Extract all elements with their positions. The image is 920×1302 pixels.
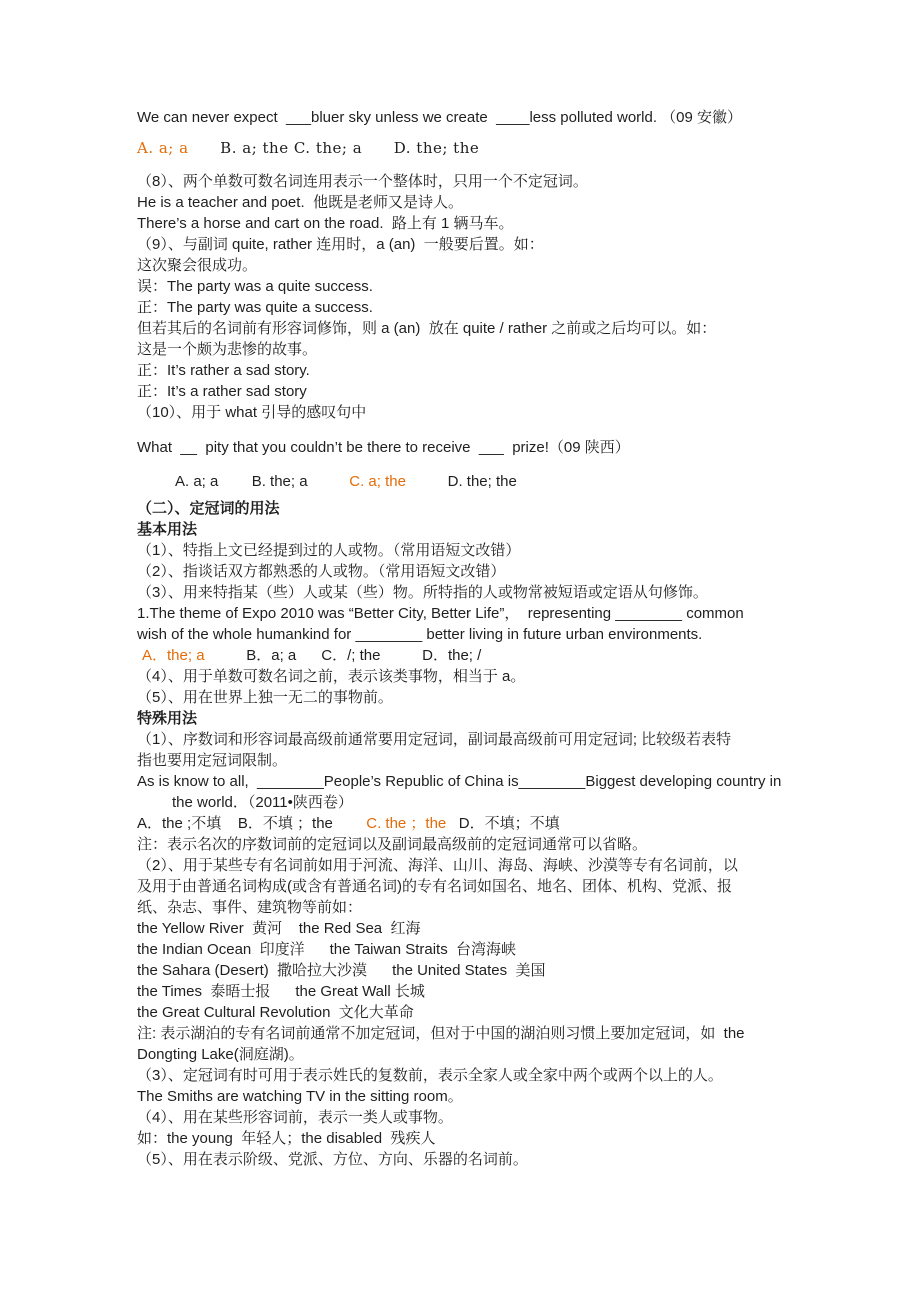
text-line: 这是一个颇为悲惨的故事。 bbox=[137, 339, 790, 360]
text-run: the Times 泰晤士报 the Great Wall 长城 bbox=[137, 983, 425, 1000]
text-run: We can never expect ___bluer sky unless … bbox=[137, 109, 742, 126]
text-run: D. the; the bbox=[406, 473, 517, 490]
text-line: 纸、杂志、事件、建筑物等前如： bbox=[137, 897, 790, 918]
text-line: A. a; a B. a; the C. the; a D. the; the bbox=[137, 138, 790, 159]
text-line: A．the ;不填 B．不填 ；the C. the ；the D．不填；不填 bbox=[137, 813, 790, 834]
text-line: Dongting Lake(洞庭湖)。 bbox=[137, 1044, 790, 1065]
text-line: （1）、特指上文已经提到过的人或物。（常用语短文改错） bbox=[137, 540, 790, 561]
text-line: We can never expect ___bluer sky unless … bbox=[137, 107, 790, 128]
text-line: 及用于由普通名词构成(或含有普通名词)的专有名词如国名、地名、团体、机构、党派、… bbox=[137, 876, 790, 897]
text-run: 正：It’s rather a sad story. bbox=[137, 362, 310, 379]
text-line: （5）、用在世界上独一无二的事物前。 bbox=[137, 687, 790, 708]
text-run: 1.The theme of Expo 2010 was “Better Cit… bbox=[137, 605, 744, 622]
text-line: 注：表示名次的序数词前的定冠词以及副词最高级前的定冠词通常可以省略。 bbox=[137, 834, 790, 855]
text-run: （二）、定冠词的用法 bbox=[137, 500, 280, 517]
text-run: A. a; a B. the; a bbox=[175, 473, 349, 490]
text-run: 但若其后的名词前有形容词修饰，则 a (an) 放在 quite / rathe… bbox=[137, 320, 716, 337]
text-line: the Times 泰晤士报 the Great Wall 长城 bbox=[137, 981, 790, 1002]
text-line: 指也要用定冠词限制。 bbox=[137, 750, 790, 771]
text-line: （4）、用于单数可数名词之前，表示该类事物，相当于 a。 bbox=[137, 666, 790, 687]
text-line: He is a teacher and poet. 他既是老师又是诗人。 bbox=[137, 192, 790, 213]
text-run: A．the ;不填 B．不填 ；the bbox=[137, 815, 366, 832]
text-run: 及用于由普通名词构成(或含有普通名词)的专有名词如国名、地名、团体、机构、党派、… bbox=[137, 878, 732, 895]
text-line: wish of the whole humankind for ________… bbox=[137, 624, 790, 645]
text-line: 正：It’s rather a sad story. bbox=[137, 360, 790, 381]
text-line: the Sahara (Desert) 撒哈拉大沙漠 the United St… bbox=[137, 960, 790, 981]
text-line: the Great Cultural Revolution 文化大革命 bbox=[137, 1002, 790, 1023]
text-line: the Yellow River 黄河 the Red Sea 红海 bbox=[137, 918, 790, 939]
text-run: （9）、与副词 quite, rather 连用时，a (an) 一般要后置。如… bbox=[137, 236, 544, 253]
text-run: the Indian Ocean 印度洋 the Taiwan Straits … bbox=[137, 941, 516, 958]
text-run: （5）、用在表示阶级、党派、方位、方向、乐器的名词前。 bbox=[137, 1151, 528, 1168]
text-run: 如：the young 年轻人；the disabled 残疾人 bbox=[137, 1130, 435, 1147]
text-run: 注: 表示湖泊的专有名词前通常不加定冠词，但对于中国的湖泊则习惯上要加定冠词，如… bbox=[137, 1025, 745, 1042]
text-run: （4）、用于单数可数名词之前，表示该类事物，相当于 a。 bbox=[137, 668, 525, 685]
answer-highlight: C. the ；the bbox=[366, 815, 446, 832]
text-run: the Great Cultural Revolution 文化大革命 bbox=[137, 1004, 414, 1021]
text-line: （9）、与副词 quite, rather 连用时，a (an) 一般要后置。如… bbox=[137, 234, 790, 255]
text-run: He is a teacher and poet. 他既是老师又是诗人。 bbox=[137, 194, 463, 211]
text-line: A．the; a B．a; a C．/; the D．the; / bbox=[142, 645, 790, 666]
text-line: （1）、序数词和形容词最高级前通常要用定冠词，副词最高级前可用定冠词; 比较级若… bbox=[137, 729, 790, 750]
text-line: The Smiths are watching TV in the sittin… bbox=[137, 1086, 790, 1107]
text-run: 指也要用定冠词限制。 bbox=[137, 752, 287, 769]
text-line: （5）、用在表示阶级、党派、方位、方向、乐器的名词前。 bbox=[137, 1149, 790, 1170]
text-run: （5）、用在世界上独一无二的事物前。 bbox=[137, 689, 393, 706]
text-line: 正：The party was quite a success. bbox=[137, 297, 790, 318]
text-line: （二）、定冠词的用法 bbox=[137, 498, 790, 519]
text-line: （2）、指谈话双方都熟悉的人或物。（常用语短文改错） bbox=[137, 561, 790, 582]
text-run: （1）、特指上文已经提到过的人或物。（常用语短文改错） bbox=[137, 542, 520, 559]
text-run: the world．（2011•陕西卷） bbox=[172, 794, 353, 811]
text-line: （10）、用于 what 引导的感叹句中 bbox=[137, 402, 790, 423]
text-line: 这次聚会很成功。 bbox=[137, 255, 790, 276]
text-run: 这是一个颇为悲惨的故事。 bbox=[137, 341, 317, 358]
text-line: As is know to all, ________People’s Repu… bbox=[137, 771, 790, 792]
answer-highlight: A. a; a bbox=[137, 139, 189, 157]
text-line: （3）、定冠词有时可用于表示姓氏的复数前，表示全家人或全家中两个或两个以上的人。 bbox=[137, 1065, 790, 1086]
text-line: the Indian Ocean 印度洋 the Taiwan Straits … bbox=[137, 939, 790, 960]
text-run: 正：The party was quite a success. bbox=[137, 299, 373, 316]
text-line: There’s a horse and cart on the road. 路上… bbox=[137, 213, 790, 234]
text-line: （8）、两个单数可数名词连用表示一个整体时，只用一个不定冠词。 bbox=[137, 171, 790, 192]
answer-highlight: C. a; the bbox=[349, 473, 406, 490]
text-line: A. a; a B. the; a C. a; the D. the; the bbox=[175, 471, 790, 492]
text-run: （8）、两个单数可数名词连用表示一个整体时，只用一个不定冠词。 bbox=[137, 173, 588, 190]
text-run: 正：It’s a rather sad story bbox=[137, 383, 307, 400]
text-line: 注: 表示湖泊的专有名词前通常不加定冠词，但对于中国的湖泊则习惯上要加定冠词，如… bbox=[137, 1023, 790, 1044]
text-run: What __ pity that you couldn’t be there … bbox=[137, 439, 630, 456]
text-run: Dongting Lake(洞庭湖)。 bbox=[137, 1046, 304, 1063]
answer-highlight: A．the; a bbox=[142, 647, 205, 664]
text-line: （3）、用来特指某（些）人或某（些）物。所特指的人或物常被短语或定语从句修饰。 bbox=[137, 582, 790, 603]
text-line: 如：the young 年轻人；the disabled 残疾人 bbox=[137, 1128, 790, 1149]
text-line: the world．（2011•陕西卷） bbox=[172, 792, 790, 813]
text-line: 正：It’s a rather sad story bbox=[137, 381, 790, 402]
text-run: the Yellow River 黄河 the Red Sea 红海 bbox=[137, 920, 420, 937]
text-run: （4）、用在某些形容词前，表示一类人或事物。 bbox=[137, 1109, 453, 1126]
text-run: B. a; the C. the; a D. the; the bbox=[189, 139, 480, 157]
text-run: 误：The party was a quite success. bbox=[137, 278, 373, 295]
text-line: 特殊用法 bbox=[137, 708, 790, 729]
text-run: 注：表示名次的序数词前的定冠词以及副词最高级前的定冠词通常可以省略。 bbox=[137, 836, 647, 853]
text-line: （4）、用在某些形容词前，表示一类人或事物。 bbox=[137, 1107, 790, 1128]
text-run: 基本用法 bbox=[137, 521, 197, 538]
text-run: the Sahara (Desert) 撒哈拉大沙漠 the United St… bbox=[137, 962, 545, 979]
text-run: 纸、杂志、事件、建筑物等前如： bbox=[137, 899, 362, 916]
text-line: 基本用法 bbox=[137, 519, 790, 540]
text-line: （2）、用于某些专有名词前如用于河流、海洋、山川、海岛、海峡、沙漠等专有名词前，… bbox=[137, 855, 790, 876]
text-run: 这次聚会很成功。 bbox=[137, 257, 257, 274]
text-line: 1.The theme of Expo 2010 was “Better Cit… bbox=[137, 603, 790, 624]
text-run: 特殊用法 bbox=[137, 710, 197, 727]
text-run: There’s a horse and cart on the road. 路上… bbox=[137, 215, 514, 232]
text-run: （3）、用来特指某（些）人或某（些）物。所特指的人或物常被短语或定语从句修饰。 bbox=[137, 584, 708, 601]
text-line: What __ pity that you couldn’t be there … bbox=[137, 437, 790, 458]
text-run: B．a; a C．/; the D．the; / bbox=[205, 647, 482, 664]
text-run: （1）、序数词和形容词最高级前通常要用定冠词，副词最高级前可用定冠词; 比较级若… bbox=[137, 731, 731, 748]
text-run: The Smiths are watching TV in the sittin… bbox=[137, 1088, 463, 1105]
text-run: D．不填；不填 bbox=[446, 815, 559, 832]
text-run: （2）、指谈话双方都熟悉的人或物。（常用语短文改错） bbox=[137, 563, 505, 580]
text-run: （10）、用于 what 引导的感叹句中 bbox=[137, 404, 366, 421]
text-run: （2）、用于某些专有名词前如用于河流、海洋、山川、海岛、海峡、沙漠等专有名词前，… bbox=[137, 857, 738, 874]
text-run: As is know to all, ________People’s Repu… bbox=[137, 773, 781, 790]
text-line: 误：The party was a quite success. bbox=[137, 276, 790, 297]
text-line: 但若其后的名词前有形容词修饰，则 a (an) 放在 quite / rathe… bbox=[137, 318, 790, 339]
text-run: wish of the whole humankind for ________… bbox=[137, 626, 702, 643]
document-page: We can never expect ___bluer sky unless … bbox=[0, 0, 920, 1302]
text-run: （3）、定冠词有时可用于表示姓氏的复数前，表示全家人或全家中两个或两个以上的人。 bbox=[137, 1067, 723, 1084]
